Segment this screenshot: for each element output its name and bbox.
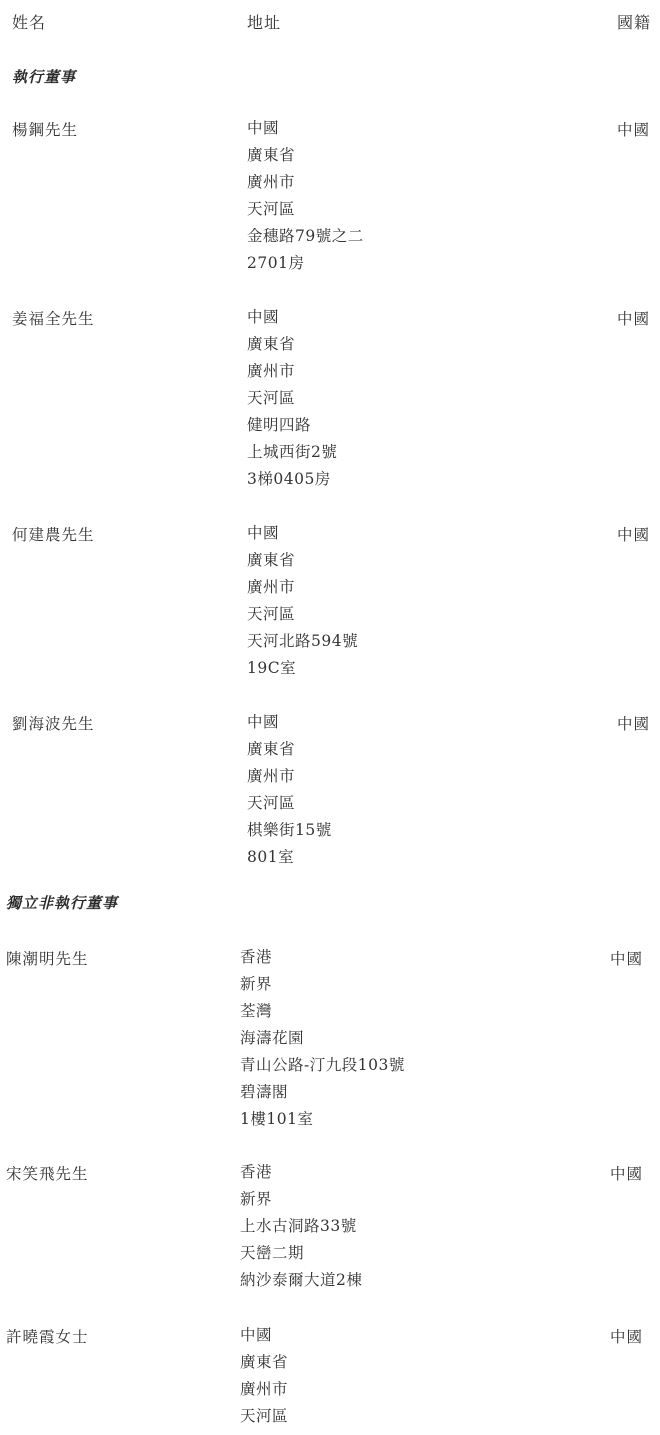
address-line: 健明四路 — [247, 415, 337, 442]
address-line: 天河區 — [247, 604, 358, 631]
address-line: 中國 — [247, 307, 337, 334]
director-nationality: 中國 — [617, 307, 650, 329]
section-title-executive-directors: 執行董事 — [12, 66, 76, 87]
address-line: 香港 — [240, 1162, 362, 1189]
director-name: 許曉霞女士 — [6, 1325, 89, 1347]
address-line: 天河區 — [240, 1406, 288, 1433]
address-line: 上城西街2號 — [247, 442, 337, 469]
director-address: 中國 廣東省 廣州市 天河區 健明四路 上城西街2號 3梯0405房 — [247, 307, 337, 496]
address-line: 青山公路-汀九段103號 — [240, 1055, 405, 1082]
director-address: 中國 廣東省 廣州市 天河區 天河北路594號 19C室 — [247, 523, 358, 685]
director-nationality: 中國 — [617, 118, 650, 140]
director-nationality: 中國 — [610, 947, 643, 969]
director-nationality: 中國 — [610, 1162, 643, 1184]
director-name: 姜福全先生 — [12, 307, 95, 329]
address-line: 廣州市 — [247, 172, 364, 199]
address-line: 中國 — [247, 118, 364, 145]
director-address: 香港 新界 上水古洞路33號 天巒二期 納沙泰爾大道2棟 — [240, 1162, 362, 1297]
director-name: 陳潮明先生 — [6, 947, 89, 969]
director-address: 中國 廣東省 廣州市 天河區 — [240, 1325, 288, 1433]
address-line: 海濤花園 — [240, 1028, 405, 1055]
address-line: 中國 — [240, 1325, 288, 1352]
address-line: 3梯0405房 — [247, 469, 337, 496]
address-line: 碧濤閣 — [240, 1082, 405, 1109]
column-header-address: 地址 — [247, 10, 281, 33]
address-line: 天巒二期 — [240, 1243, 362, 1270]
address-line: 廣東省 — [247, 145, 364, 172]
address-line: 荃灣 — [240, 1001, 405, 1028]
address-line: 中國 — [247, 712, 332, 739]
address-line: 天河區 — [247, 199, 364, 226]
address-line: 金穗路79號之二 — [247, 226, 364, 253]
address-line: 1樓101室 — [240, 1109, 405, 1136]
address-line: 棋樂街15號 — [247, 820, 332, 847]
address-line: 廣東省 — [247, 334, 337, 361]
column-header-name: 姓名 — [12, 10, 46, 33]
address-line: 香港 — [240, 947, 405, 974]
director-name: 何建農先生 — [12, 523, 95, 545]
director-nationality: 中國 — [617, 523, 650, 545]
address-line: 新界 — [240, 974, 405, 1001]
director-nationality: 中國 — [617, 712, 650, 734]
address-line: 新界 — [240, 1189, 362, 1216]
director-name: 宋笑飛先生 — [6, 1162, 89, 1184]
director-address: 香港 新界 荃灣 海濤花園 青山公路-汀九段103號 碧濤閣 1樓101室 — [240, 947, 405, 1136]
director-name: 楊鋼先生 — [12, 118, 78, 140]
address-line: 上水古洞路33號 — [240, 1216, 362, 1243]
director-address: 中國 廣東省 廣州市 天河區 金穗路79號之二 2701房 — [247, 118, 364, 280]
address-line: 納沙泰爾大道2棟 — [240, 1270, 362, 1297]
address-line: 廣州市 — [240, 1379, 288, 1406]
address-line: 19C室 — [247, 658, 358, 685]
address-line: 廣東省 — [247, 739, 332, 766]
address-line: 801室 — [247, 847, 332, 874]
address-line: 廣州市 — [247, 361, 337, 388]
director-nationality: 中國 — [610, 1325, 643, 1347]
address-line: 廣東省 — [240, 1352, 288, 1379]
document-page: 姓名 地址 國籍 執行董事 楊鋼先生 中國 廣東省 廣州市 天河區 金穗路79號… — [0, 0, 660, 1435]
address-line: 中國 — [247, 523, 358, 550]
address-line: 天河區 — [247, 793, 332, 820]
address-line: 廣州市 — [247, 766, 332, 793]
address-line: 廣州市 — [247, 577, 358, 604]
address-line: 天河區 — [247, 388, 337, 415]
director-address: 中國 廣東省 廣州市 天河區 棋樂街15號 801室 — [247, 712, 332, 874]
column-header-nationality: 國籍 — [617, 10, 651, 33]
director-name: 劉海波先生 — [12, 712, 95, 734]
address-line: 廣東省 — [247, 550, 358, 577]
address-line: 天河北路594號 — [247, 631, 358, 658]
address-line: 2701房 — [247, 253, 364, 280]
section-title-independent-non-executive-directors: 獨立非執行董事 — [6, 892, 118, 913]
